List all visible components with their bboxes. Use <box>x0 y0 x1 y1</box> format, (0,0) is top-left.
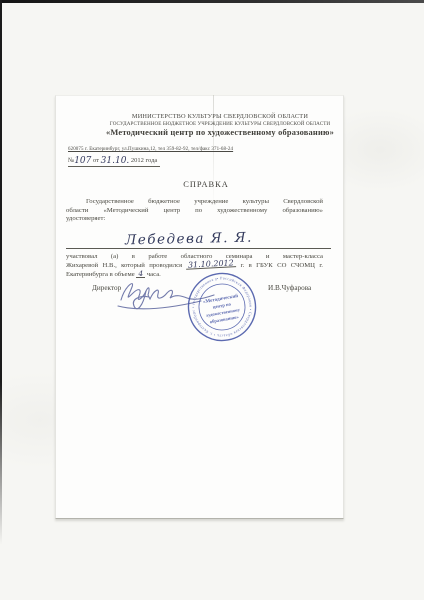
recipient-name-handwritten: Лебедева Я. Я. <box>125 230 253 249</box>
document-date-handwritten: 31.10. <box>101 156 130 166</box>
organization-stamp: • Российская Федерация • Свердловская об… <box>176 261 269 354</box>
signatory-name: И.В.Чуфарова <box>268 284 311 292</box>
paragraph-2-line-2: Жихаревой Н.В., который проводился 31.10… <box>66 262 323 271</box>
letterhead-ministry: МИНИСТЕРСТВО КУЛЬТУРЫ СВЕРДЛОВСКОЙ ОБЛАС… <box>78 113 362 120</box>
scan-edge-top <box>0 0 424 3</box>
scanned-document-page: МИНИСТЕРСТВО КУЛЬТУРЫ СВЕРДЛОВСКОЙ ОБЛАС… <box>0 0 424 600</box>
scan-edge-left <box>0 0 2 545</box>
letterhead-address: 620075 г. Екатеринбург, ул.Пушкина,12, т… <box>68 147 308 152</box>
number-year: 2012 года <box>129 157 157 164</box>
document-number-line: №107 от 31.10. 2012 года <box>68 155 160 167</box>
paragraph-1-line-1: Государственное бюджетное учреждение кул… <box>66 198 323 207</box>
document-number-handwritten: 107 <box>74 156 91 166</box>
paragraph-1-line-2: области «Методический центр по художеств… <box>66 207 323 216</box>
paragraph-1: Государственное бюджетное учреждение кул… <box>66 198 323 224</box>
paragraph-1-line-3: удостоверяет: <box>66 215 323 224</box>
number-ot: от <box>91 157 100 164</box>
document-title: СПРАВКА <box>0 180 412 189</box>
letterhead-institution: ГОСУДАРСТВЕННОЕ БЮДЖЕТНОЕ УЧРЕЖДЕНИЕ КУЛ… <box>78 121 362 127</box>
letterhead-org-name: «Методический центр по художественному о… <box>78 128 362 137</box>
paragraph-2-line-2-text: Жихаревой Н.В., который проводился <box>66 262 186 269</box>
